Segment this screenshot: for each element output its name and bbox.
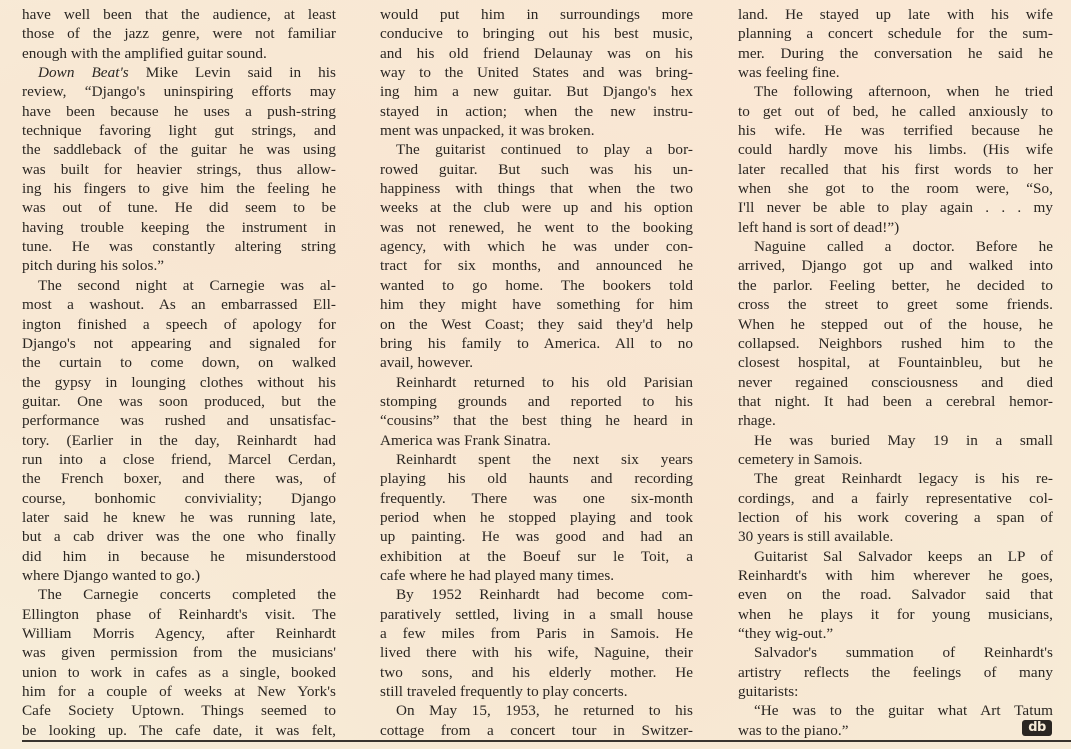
article-column-1: have well been that the audience, at lea… — [22, 5, 336, 740]
text-line: mer. During the conversation he said he — [738, 44, 1053, 63]
text-line: playing his old haunts and recording — [380, 469, 693, 488]
text-line: planning a concert schedule for the sum- — [738, 24, 1053, 43]
text-line: to get out of bed, he called anxiously t… — [738, 102, 1053, 121]
article-column-2: would put him in surroundings moreconduc… — [380, 5, 693, 740]
text-line: The guitarist continued to play a bor- — [380, 140, 693, 159]
text-line: frequently. There was one six-month — [380, 489, 693, 508]
text-line: union to work in cafes as a single, book… — [22, 663, 336, 682]
text-line: bring his family to America. All to no — [380, 334, 693, 353]
text-line: later recalled that his first words to h… — [738, 160, 1053, 179]
text-line: paratively settled, living in a small ho… — [380, 605, 693, 624]
text-line: on the West Coast; they said they'd help — [380, 315, 693, 334]
text-line: would put him in surroundings more — [380, 5, 693, 24]
text-line: did him in because he misunderstood — [22, 547, 336, 566]
text-line: When he stepped out of the house, he — [738, 315, 1053, 334]
text-line: guitar. One was soon produced, but the — [22, 392, 336, 411]
text-line: the parlor. Feeling better, he decided t… — [738, 276, 1053, 295]
text-line: stayed in action; when the new instru- — [380, 102, 693, 121]
text-line: Down Beat's Mike Levin said in his — [22, 63, 336, 82]
text-line: cemetery in Samois. — [738, 450, 1053, 469]
text-line: “cousins” that the best thing he heard i… — [380, 411, 693, 430]
text-line: still traveled frequently to play concer… — [380, 682, 693, 701]
text-line: stomping grounds and reported to his — [380, 392, 693, 411]
text-line: cordings, and a fairly representative co… — [738, 489, 1053, 508]
text-line: when she got to the room were, “So, — [738, 179, 1053, 198]
text-line: that night. It had been a cerebral hemor… — [738, 392, 1053, 411]
text-line: two sons, and his elderly mother. He — [380, 663, 693, 682]
text-line: By 1952 Reinhardt had become com- — [380, 585, 693, 604]
text-line: The second night at Carnegie was al- — [22, 276, 336, 295]
text-line: Guitarist Sal Salvador keeps an LP of — [738, 547, 1053, 566]
text-line: Reinhardt's with him wherever he goes, — [738, 566, 1053, 585]
text-line: Reinhardt spent the next six years — [380, 450, 693, 469]
text-line: the saddleback of the guitar he was usin… — [22, 140, 336, 159]
text-line: and his old friend Delaunay was on his — [380, 44, 693, 63]
text-line: period when he stopped playing and took — [380, 508, 693, 527]
text-line: never regained consciousness and died — [738, 373, 1053, 392]
text-line: was given permission from the musicians' — [22, 643, 336, 662]
text-line: but a cab driver was the one who finally — [22, 527, 336, 546]
text-line: tory. (Earlier in the day, Reinhardt had — [22, 431, 336, 450]
text-line: later said he knew he was running late, — [22, 508, 336, 527]
text-line: could hardly move his limbs. (His wife — [738, 140, 1053, 159]
text-line: lived there with his wife, Naguine, thei… — [380, 643, 693, 662]
text-line: collapsed. Neighbors rushed him to the — [738, 334, 1053, 353]
text-line: tract for six months, and announced he — [380, 256, 693, 275]
text-line: land. He stayed up late with his wife — [738, 5, 1053, 24]
text-line: technique favoring light gut strings, an… — [22, 121, 336, 140]
text-line: performance was rushed and unsatisfac- — [22, 411, 336, 430]
text-line: cottage from a concert tour in Switzer- — [380, 721, 693, 740]
article-column-3: land. He stayed up late with his wifepla… — [738, 5, 1053, 740]
magazine-page: have well been that the audience, at lea… — [0, 0, 1071, 749]
text-line: course, bonhomic conviviality; Django — [22, 489, 336, 508]
text-line: weeks at the club were up and his option — [380, 198, 693, 217]
text-line: was feeling fine. — [738, 63, 1053, 82]
text-line: tune. He was constantly altering string — [22, 237, 336, 256]
text-line: was to the piano.” — [738, 721, 1053, 740]
text-line: ing him a new guitar. But Django's hex — [380, 82, 693, 101]
text-line: those of the jazz genre, were not famili… — [22, 24, 336, 43]
text-line: “He was to the guitar what Art Tatum — [738, 701, 1053, 720]
text-line: He was buried May 19 in a small — [738, 431, 1053, 450]
text-line: ington finished a speech of apology for — [22, 315, 336, 334]
text-line-rest: Mike Levin said in his — [129, 64, 336, 81]
text-line: when he plays it for young musicians, — [738, 605, 1053, 624]
text-line: “they wig-out.” — [738, 624, 1053, 643]
text-line: the curtain to come down, on walked — [22, 353, 336, 372]
down-beat-logo-icon: db — [1022, 720, 1052, 736]
text-line: Reinhardt returned to his old Parisian — [380, 373, 693, 392]
text-line: William Morris Agency, after Reinhardt — [22, 624, 336, 643]
text-line: rowed guitar. But such was his un- — [380, 160, 693, 179]
text-line: ment was unpacked, it was broken. — [380, 121, 693, 140]
text-line: pitch during his solos.” — [22, 256, 336, 275]
text-line: most a washout. As an embarrassed Ell- — [22, 295, 336, 314]
text-line: I'll never be able to play again . . . m… — [738, 198, 1053, 217]
text-line: review, “Django's uninspiring efforts ma… — [22, 82, 336, 101]
text-line: avail, however. — [380, 353, 693, 372]
text-line: America was Frank Sinatra. — [380, 431, 693, 450]
text-line: The great Reinhardt legacy is his re- — [738, 469, 1053, 488]
text-line: have been because he uses a push-string — [22, 102, 336, 121]
text-line: even on the road. Salvador said that — [738, 585, 1053, 604]
text-line: enough with the amplified guitar sound. — [22, 44, 336, 63]
text-line: exhibition at the Boeuf sur le Toit, a — [380, 547, 693, 566]
text-line: way to the United States and was bring- — [380, 63, 693, 82]
bottom-rule-divider — [22, 740, 1071, 742]
text-line: conducive to bringing out his best music… — [380, 24, 693, 43]
text-line: was built for heavier strings, thus allo… — [22, 160, 336, 179]
text-line: be looking up. The cafe date, it was fel… — [22, 721, 336, 740]
text-line: up painting. He was good and had an — [380, 527, 693, 546]
text-line: the gypsy in lounging clothes without hi… — [22, 373, 336, 392]
text-line: him they might have something for him — [380, 295, 693, 314]
text-line: wanted to go home. The bookers told — [380, 276, 693, 295]
text-line: was not renewed, he went to the booking — [380, 218, 693, 237]
text-line: Cafe Society Uptown. Things seemed to — [22, 701, 336, 720]
text-line: closest hospital, at Fountainbleu, but h… — [738, 353, 1053, 372]
text-line: his wife. He was terrified because he — [738, 121, 1053, 140]
text-line: where Django wanted to go.) — [22, 566, 336, 585]
text-line: Django's not appearing and signaled for — [22, 334, 336, 353]
text-line: was out of tune. He did seem to be — [22, 198, 336, 217]
text-line: Ellington phase of Reinhardt's visit. Th… — [22, 605, 336, 624]
text-line: On May 15, 1953, he returned to his — [380, 701, 693, 720]
text-line: agency, with which he was under con- — [380, 237, 693, 256]
text-line: Naguine called a doctor. Before he — [738, 237, 1053, 256]
text-line: The Carnegie concerts completed the — [22, 585, 336, 604]
text-line: 30 years is still available. — [738, 527, 1053, 546]
text-line: have well been that the audience, at lea… — [22, 5, 336, 24]
text-line: a few miles from Paris in Samois. He — [380, 624, 693, 643]
text-line: happiness with things that when the two — [380, 179, 693, 198]
text-line: cafe where he had played many times. — [380, 566, 693, 585]
text-line: cross the street to greet some friends. — [738, 295, 1053, 314]
text-line: ing his fingers to give him the feeling … — [22, 179, 336, 198]
text-line: left hand is sort of dead!”) — [738, 218, 1053, 237]
text-line: Salvador's summation of Reinhardt's — [738, 643, 1053, 662]
publication-title: Down Beat's — [38, 64, 129, 81]
text-line: run into a close friend, Marcel Cerdan, — [22, 450, 336, 469]
text-line: lection of his work covering a span of — [738, 508, 1053, 527]
text-line: arrived, Django got up and walked into — [738, 256, 1053, 275]
text-line: The following afternoon, when he tried — [738, 82, 1053, 101]
text-line: guitarists: — [738, 682, 1053, 701]
text-line: rhage. — [738, 411, 1053, 430]
text-line: having trouble keeping the instrument in — [22, 218, 336, 237]
text-line: him for a couple of weeks at New York's — [22, 682, 336, 701]
text-line: artistry reflects the feelings of many — [738, 663, 1053, 682]
text-line: the French boxer, and there was, of — [22, 469, 336, 488]
